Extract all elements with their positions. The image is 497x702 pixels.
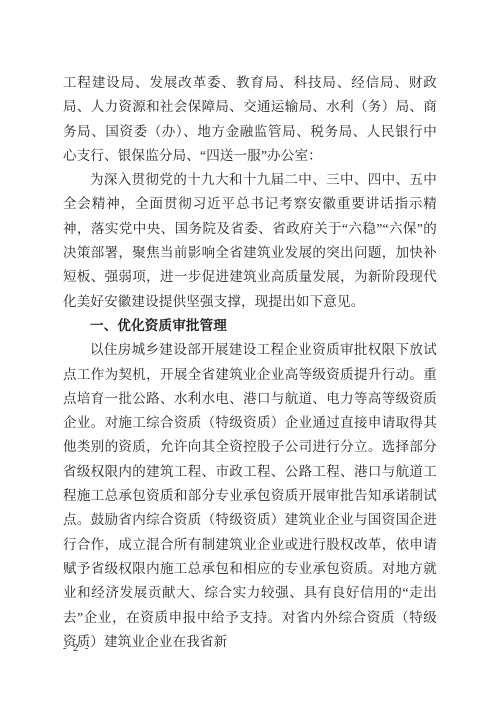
body-paragraph: 以住房城乡建设部开展建设工程企业资质审批权限下放试点工作为契机，开展全省建筑业企… [63, 338, 437, 654]
document-page: 工程建设局、发展改革委、教育局、科技局、经信局、财政局、人力资源和社会保障局、交… [0, 0, 497, 702]
section-heading: 一、优化资质审批管理 [63, 314, 437, 338]
body-paragraph: 为深入贯彻党的十九大和十九届二中、三中、四中、五中全会精神，全面贯彻习近平总书记… [63, 168, 437, 314]
page-number: - 2 - [63, 642, 91, 656]
document-body: 工程建设局、发展改革委、教育局、科技局、经信局、财政局、人力资源和社会保障局、交… [63, 71, 437, 654]
body-paragraph: 工程建设局、发展改革委、教育局、科技局、经信局、财政局、人力资源和社会保障局、交… [63, 71, 437, 168]
